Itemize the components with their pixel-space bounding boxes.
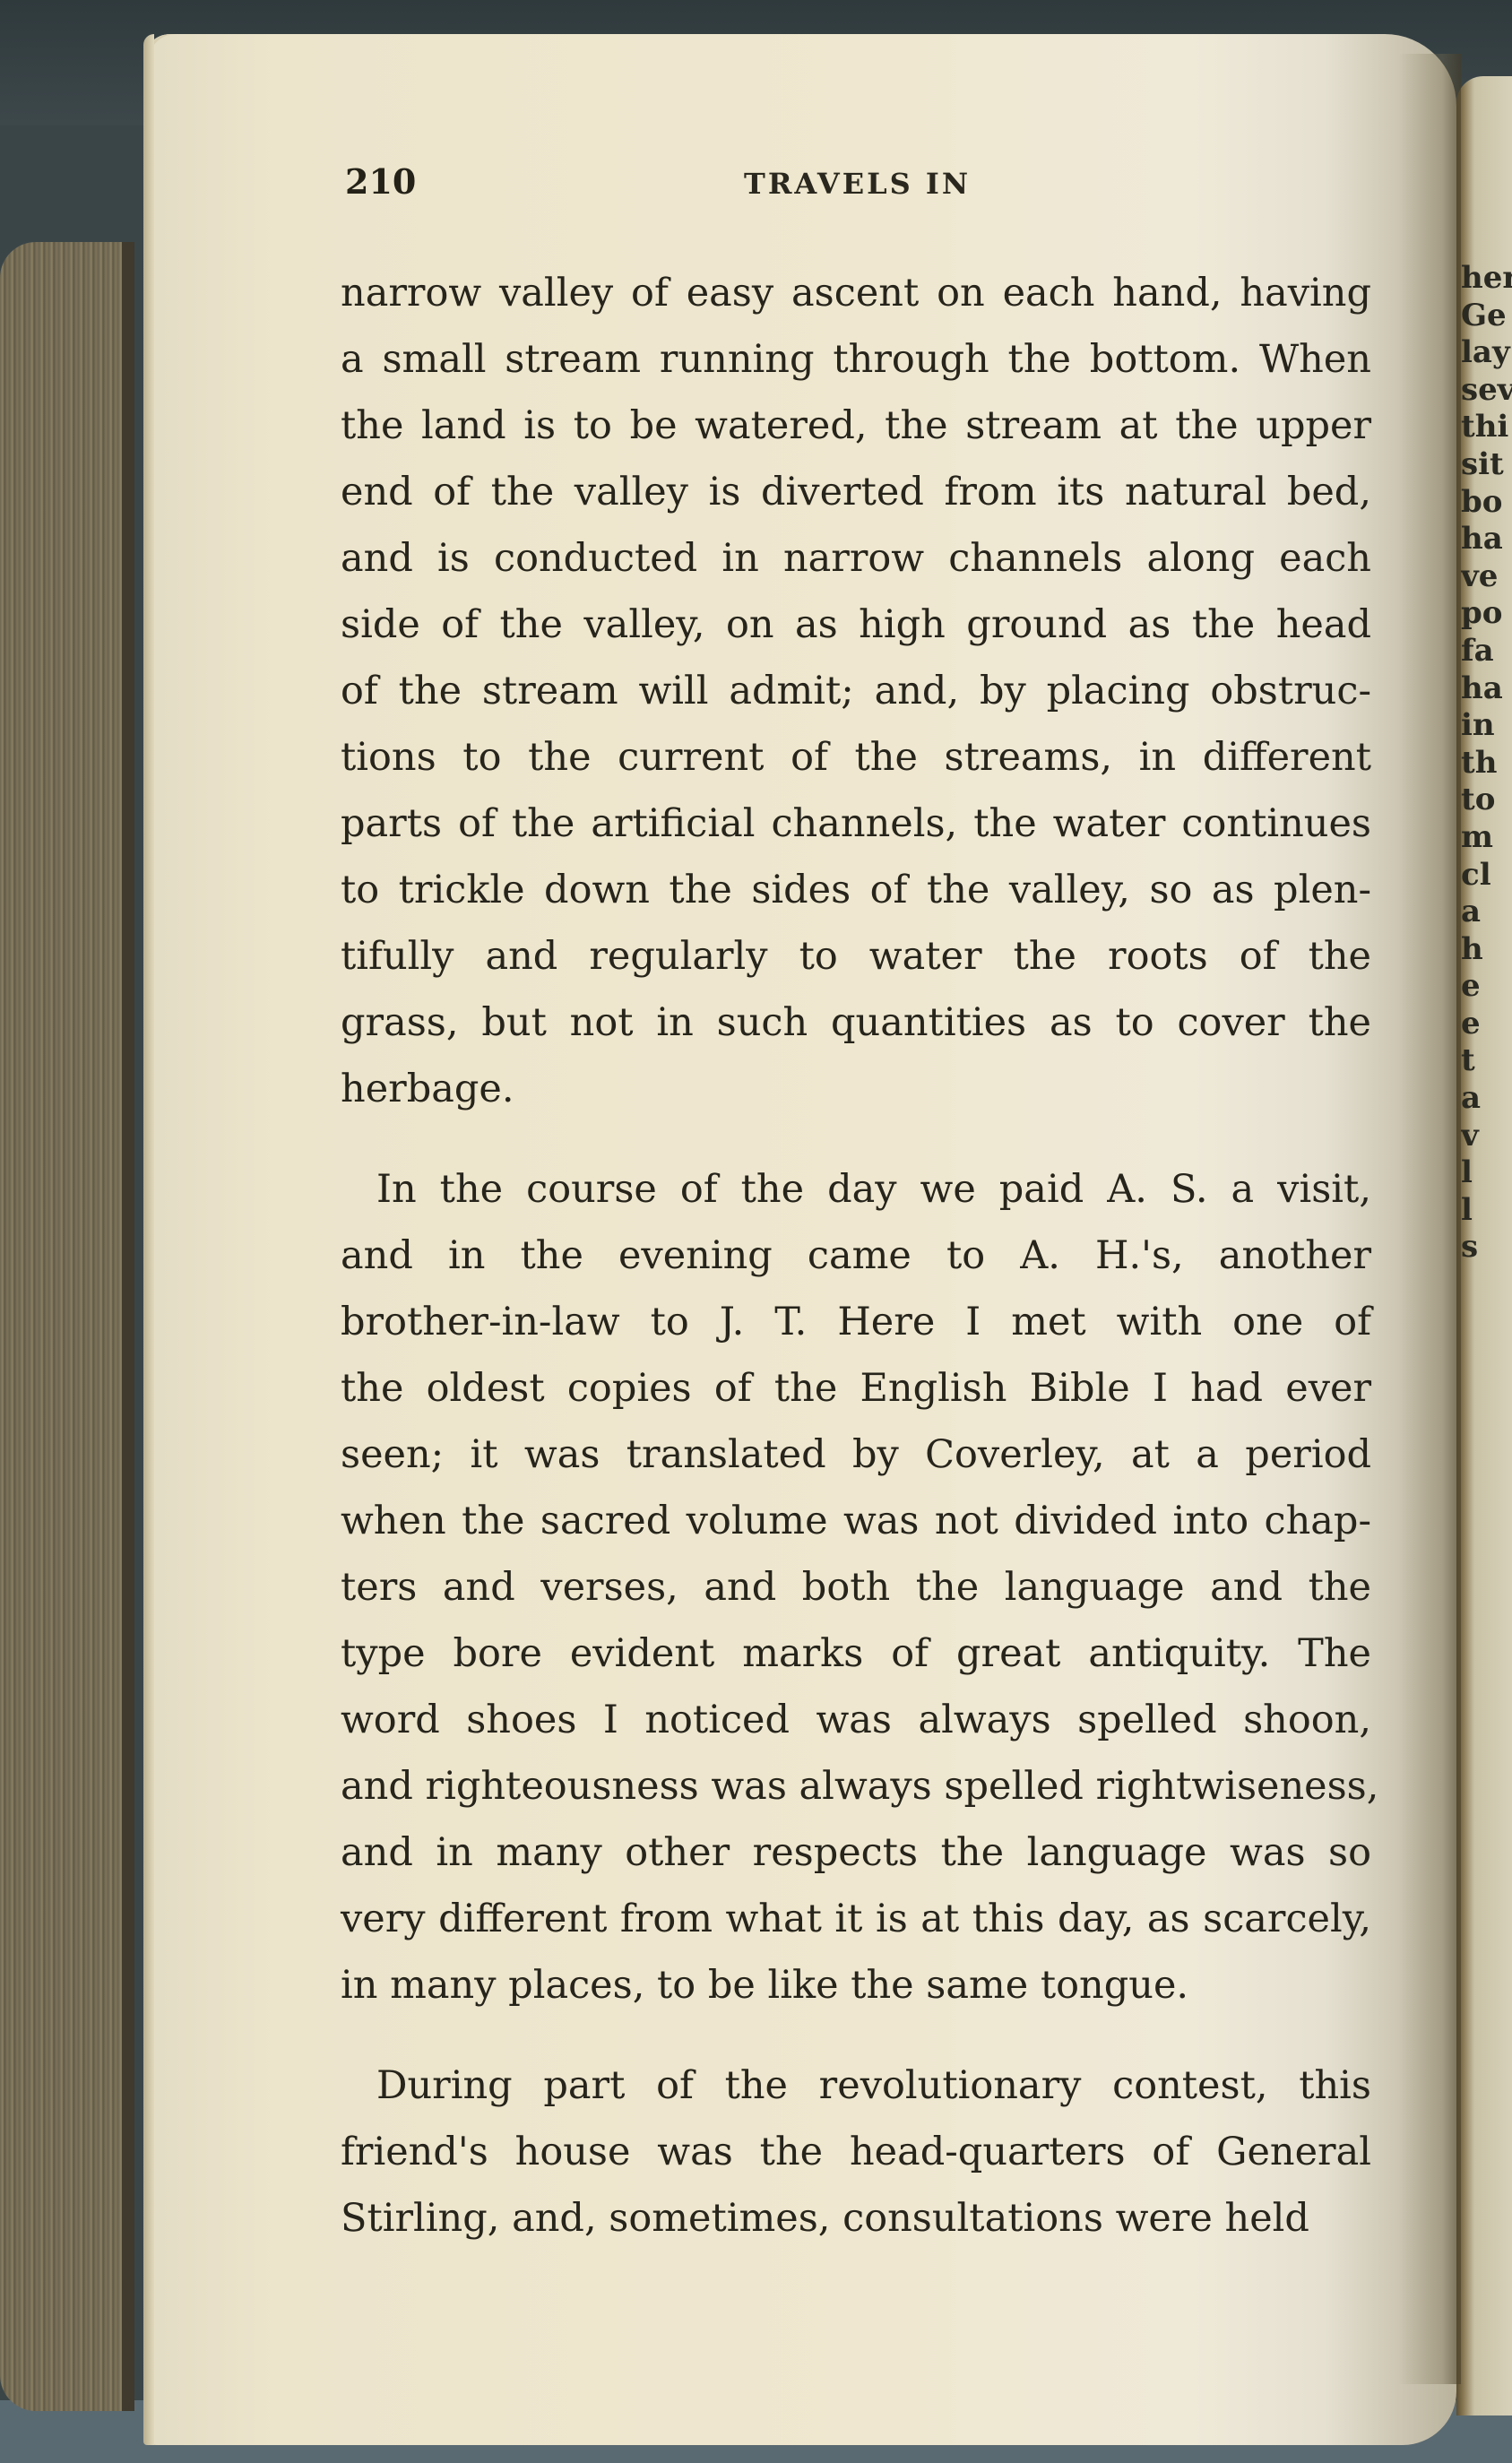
- text-line: Stirling, and, sometimes, consultations …: [341, 2185, 1371, 2251]
- facing-page-fragment: bo: [1461, 484, 1512, 522]
- facing-page-fragment: sit: [1461, 446, 1512, 484]
- text-line: tifully and regularly to water the roots…: [341, 923, 1371, 990]
- facing-page-fragment: po: [1461, 595, 1512, 633]
- text-line: grass, but not in such quantities as to …: [341, 990, 1371, 1056]
- facing-page-fragment: t: [1461, 1042, 1512, 1080]
- text-line: and in many other respects the language …: [341, 1819, 1371, 1886]
- paragraph: In the course of the day we paid A. S. a…: [341, 1156, 1371, 2018]
- text-line: a small stream running through the botto…: [341, 326, 1371, 393]
- text-line: very different from what it is at this d…: [341, 1886, 1371, 1952]
- text-line: parts of the artificial channels, the wa…: [341, 791, 1371, 857]
- body-text: narrow valley of easy ascent on each han…: [341, 260, 1371, 2251]
- text-line: side of the valley, on as high ground as…: [341, 592, 1371, 658]
- facing-page-fragment: sev: [1461, 372, 1512, 410]
- text-line: of the stream will admit; and, by placin…: [341, 658, 1371, 724]
- running-title: TRAVELS IN: [744, 167, 971, 201]
- facing-page-fragment: her: [1461, 260, 1512, 298]
- text-line: ters and verses, and both the language a…: [341, 1554, 1371, 1620]
- text-line: when the sacred volume was not divided i…: [341, 1488, 1371, 1554]
- facing-page-fragment: to: [1461, 782, 1512, 819]
- text-line: the oldest copies of the English Bible I…: [341, 1355, 1371, 1422]
- page-number: 210: [345, 161, 416, 202]
- text-line: in many places, to be like the same tong…: [341, 1952, 1371, 2018]
- text-line: type bore evident marks of great antiqui…: [341, 1620, 1371, 1687]
- facing-page-fragment: fa: [1461, 633, 1512, 670]
- text-line: end of the valley is diverted from its n…: [341, 459, 1371, 525]
- facing-page-fragment: e: [1461, 1006, 1512, 1043]
- text-line: the land is to be watered, the stream at…: [341, 393, 1371, 459]
- facing-page-fragment: h: [1461, 931, 1512, 969]
- text-line: and in the evening came to A. H.'s, anot…: [341, 1223, 1371, 1289]
- facing-page-fragment: ha: [1461, 670, 1512, 708]
- facing-page-fragment: s: [1461, 1229, 1512, 1266]
- facing-page-fragment: ve: [1461, 558, 1512, 596]
- text-line: and righteousness was always spelled rig…: [341, 1753, 1371, 1819]
- facing-page-fragment: l: [1461, 1192, 1512, 1230]
- text-line: brother-in-law to J. T. Here I met with …: [341, 1289, 1371, 1355]
- facing-page-fragment: v: [1461, 1118, 1512, 1155]
- text-line: seen; it was translated by Coverley, at …: [341, 1422, 1371, 1488]
- facing-page-fragment: e: [1461, 968, 1512, 1006]
- facing-page-text-fragments: herGelaysevthisitbohavepofahainthtomclah…: [1461, 260, 1512, 1266]
- text-line: narrow valley of easy ascent on each han…: [341, 260, 1371, 326]
- facing-page-fragment: a: [1461, 1080, 1512, 1118]
- facing-page-fragment: th: [1461, 745, 1512, 782]
- facing-page-fragment: a: [1461, 894, 1512, 931]
- paragraph: narrow valley of easy ascent on each han…: [341, 260, 1371, 1122]
- text-line: In the course of the day we paid A. S. a…: [341, 1156, 1371, 1223]
- text-line: friend's house was the head-quarters of …: [341, 2119, 1371, 2185]
- text-line: word shoes I noticed was always spelled …: [341, 1687, 1371, 1753]
- paragraph: During part of the revolutionary contest…: [341, 2052, 1371, 2251]
- facing-page-fragment: in: [1461, 707, 1512, 745]
- text-line: and is conducted in narrow channels alon…: [341, 525, 1371, 592]
- facing-page-fragment: Ge: [1461, 298, 1512, 335]
- text-line: During part of the revolutionary contest…: [341, 2052, 1371, 2119]
- facing-page-fragment: ha: [1461, 521, 1512, 558]
- facing-page-fragment: lay: [1461, 334, 1512, 372]
- running-head: 210 TRAVELS IN: [345, 161, 1376, 206]
- facing-page-fragment: m: [1461, 819, 1512, 857]
- facing-page-fragment: thi: [1461, 409, 1512, 446]
- text-line: to trickle down the sides of the valley,…: [341, 857, 1371, 923]
- text-line: herbage.: [341, 1056, 1371, 1122]
- text-line: tions to the current of the streams, in …: [341, 724, 1371, 791]
- facing-page-fragment: l: [1461, 1154, 1512, 1192]
- page-edges-left: [0, 242, 134, 2411]
- gutter-shadow: [1398, 54, 1461, 2384]
- facing-page-fragment: cl: [1461, 857, 1512, 894]
